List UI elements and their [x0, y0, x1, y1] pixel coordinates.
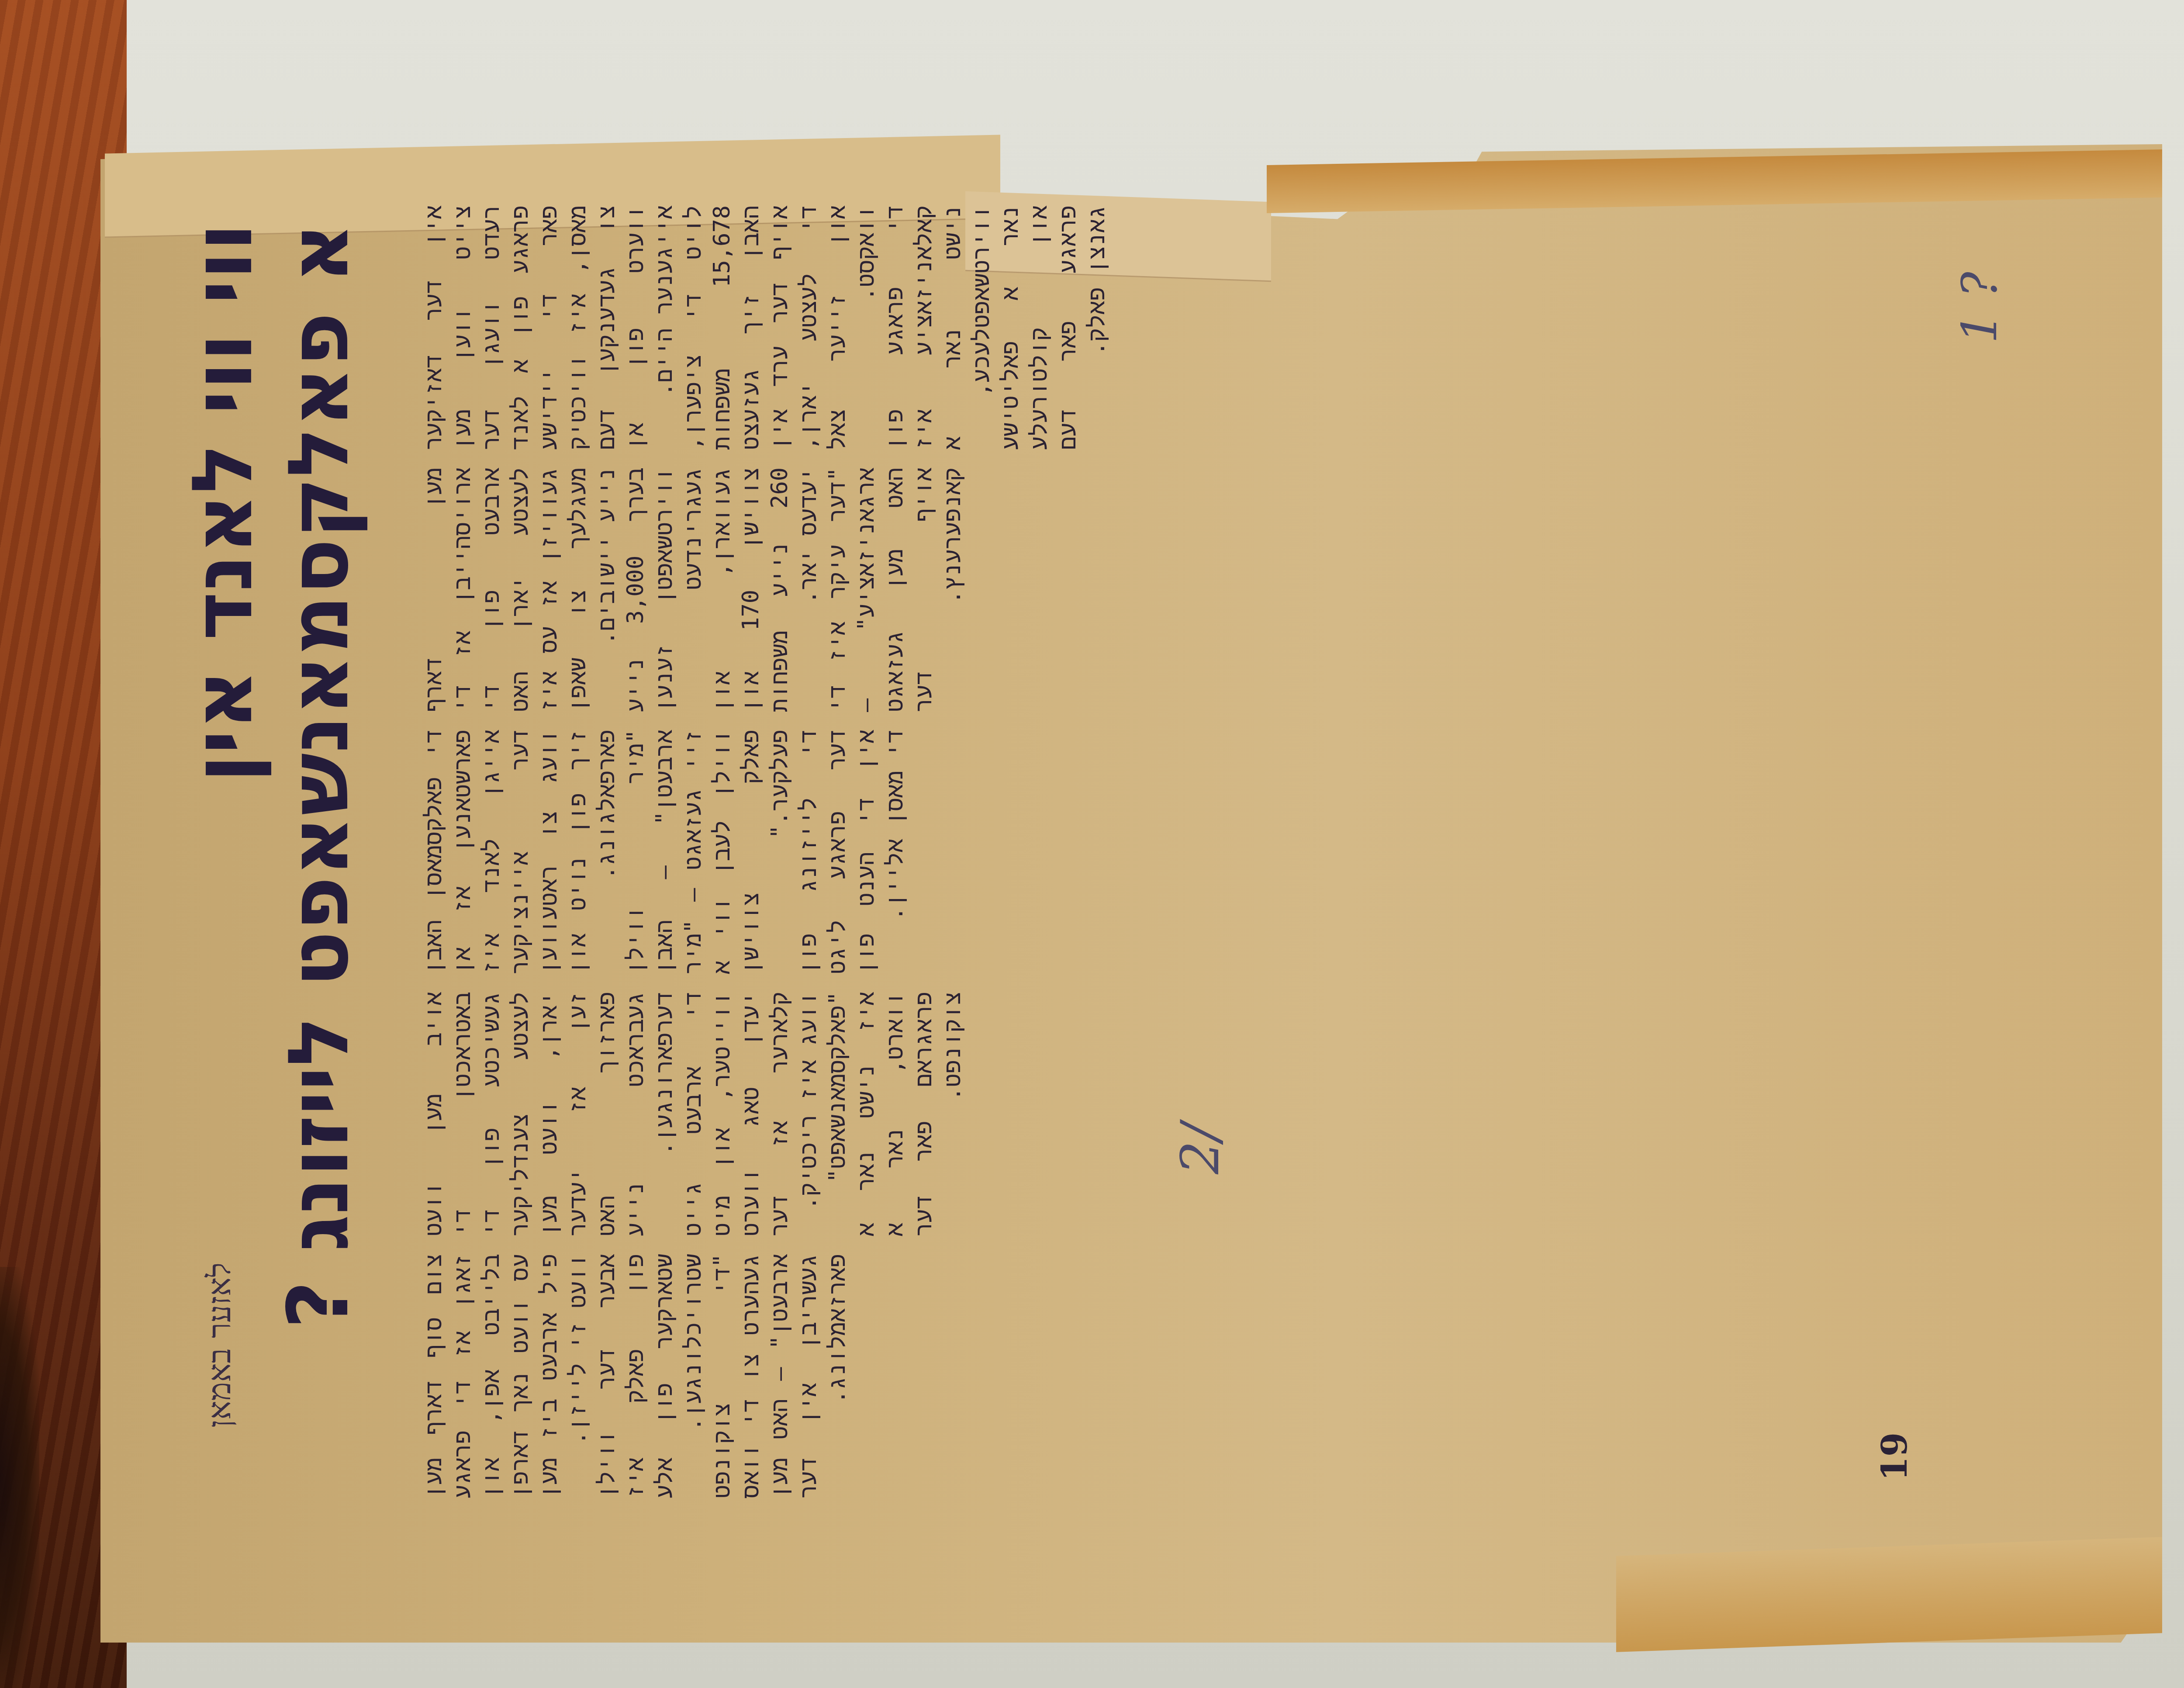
text-column-3: די פאלקסמאסן האבן פארשטאנען אז אן אייגן … — [419, 721, 1861, 983]
rotated-page-content: ווי ווי לאנד אין א פאלקסמאנשאפט לייזונג … — [175, 197, 2118, 1507]
title-line-1: ווי ווי לאנד אין — [174, 223, 271, 783]
text-column-1: אין דער דאזיקער צייט ווען מען רעדט וועגן… — [419, 197, 1861, 459]
text-column-5: צום סוף דארף מען זאגן אז די פראגע בלייבט… — [419, 1245, 1861, 1507]
author-byline: לאזער באמאן — [201, 1263, 238, 1428]
paragraph: לויט די ציפערן, 15,678 משפחות האבן זיך ג… — [679, 205, 881, 450]
folded-edge-bottom-right — [1616, 1537, 2162, 1652]
paragraph: צום סוף דארף מען זאגן אז די פראגע בלייבט… — [419, 1254, 592, 1498]
paragraph: אבער דער ווילן פון פאלק איז שטארקער פון … — [592, 1254, 708, 1498]
title-line-2: א פאלקסמאנשאפט לייזונג ? — [271, 223, 367, 1446]
text-column-4: אויב מען וועט באטראכטן די געשיכטע פון די… — [419, 983, 1861, 1245]
handwritten-mark: 2/ — [1170, 1123, 1231, 1174]
paragraph: בערך 3,000 נייע ווירטשאפטן זענען געגרינד… — [621, 467, 823, 712]
paragraph: די פראגע פון קאלאניזאציע איז נישט נאר א … — [881, 205, 1111, 450]
paragraph: "מיר ווילן ארבעטן" — האבן זיי געזאגט — "… — [621, 730, 794, 974]
article-body: אין דער דאזיקער צייט ווען מען רעדט וועגן… — [419, 197, 1861, 1507]
paragraph: "דער עיקר איז די ארגאניזאציע" — האט מען … — [823, 467, 967, 712]
paragraph: "די צוקונפט געהערט צו די וואס ארבעטן" — … — [708, 1254, 852, 1498]
paragraph: די לייזונג פון דער פראגע ליגט אין די הענ… — [794, 730, 909, 974]
paragraph: אין דער דאזיקער צייט ווען מען רעדט וועגן… — [419, 205, 679, 450]
dark-fabric-shadow — [0, 1267, 39, 1688]
handwritten-mark: 1 ? — [1952, 272, 2008, 343]
paragraph: די ארבעט גייט ווייטער, און מיט יעדן טאג … — [679, 992, 823, 1236]
paragraph: די פאלקסמאסן האבן פארשטאנען אז אן אייגן … — [419, 730, 621, 974]
paragraph: "פאלקסמאנשאפט" איז נישט נאר א ווארט, נאר… — [823, 992, 967, 1236]
paragraph: מען דארף ארויסהייבן אז די ארבעט פון די ל… — [419, 467, 621, 712]
paragraph: אויב מען וועט באטראכטן די געשיכטע פון די… — [419, 992, 679, 1236]
page-number: 19 — [1874, 1432, 1915, 1481]
text-column-2: מען דארף ארויסהייבן אז די ארבעט פון די ל… — [419, 459, 1861, 721]
